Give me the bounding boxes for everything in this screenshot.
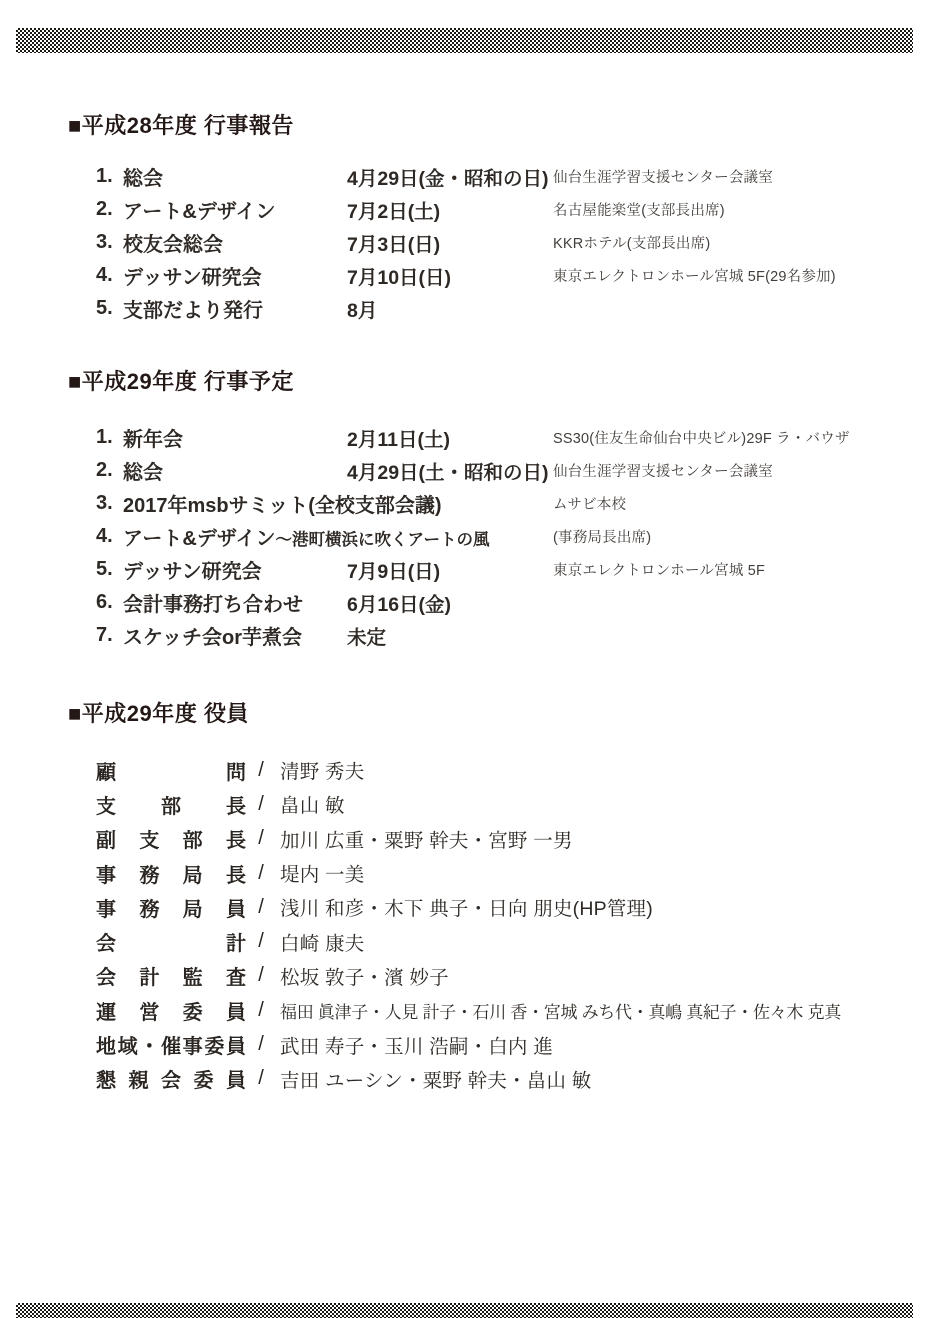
- officer-row: 懇親会委員 / 吉田 ユーシン・粟野 幹夫・畠山 敏: [96, 1062, 929, 1096]
- event-row: 3. 2017年msbサミット(全校支部会議) ムサビ本校: [96, 487, 929, 520]
- officer-row: 副支部長 / 加川 広重・粟野 幹夫・宮野 一男: [96, 822, 929, 856]
- event-number: 1.: [96, 426, 123, 449]
- event-date: 4月29日(金・昭和の日): [347, 163, 553, 191]
- officer-role: 地域・催事委員: [96, 1030, 246, 1059]
- officer-row: 会計 / 白崎 康夫: [96, 924, 929, 958]
- officer-role: 支部長: [96, 790, 246, 819]
- event-row: 2. アート&デザイン 7月2日(土) 名古屋能楽堂(支部長出席): [96, 193, 929, 226]
- event-venue: 仙台生涯学習支援センター会議室: [553, 166, 929, 187]
- officer-role: 会計監査: [96, 961, 246, 990]
- officer-names: 福田 眞津子・人見 計子・石川 香・宮城 みち代・真嶋 真紀子・佐々木 克真: [276, 998, 841, 1023]
- officer-row: 地域・催事委員 / 武田 寿子・玉川 浩嗣・白内 進: [96, 1027, 929, 1061]
- decorative-halftone-band-top: [16, 28, 913, 53]
- officer-separator: /: [246, 896, 276, 919]
- event-label: 新年会: [123, 423, 347, 452]
- event-number: 7.: [96, 624, 123, 647]
- event-label-main: アート&デザイン: [123, 528, 275, 550]
- officer-row: 顧問 / 清野 秀夫: [96, 753, 929, 787]
- page: { "page": { "background": "#ffffff", "te…: [0, 0, 929, 1318]
- officer-row: 会計監査 / 松坂 敦子・濱 妙子: [96, 959, 929, 993]
- officer-separator: /: [246, 999, 276, 1022]
- officer-names: 白崎 康夫: [276, 928, 364, 956]
- officer-row: 支部長 / 畠山 敏: [96, 787, 929, 821]
- event-label: 支部だより発行: [123, 294, 347, 323]
- event-venue: 東京エレクトロンホール宮城 5F: [553, 559, 929, 580]
- event-number: 5.: [96, 558, 123, 581]
- event-venue: (事務局長出席): [553, 526, 929, 547]
- event-number: 4.: [96, 264, 123, 287]
- officer-separator: /: [246, 1033, 276, 1056]
- event-venue: 仙台生涯学習支援センター会議室: [553, 460, 929, 481]
- event-row: 6. 会計事務打ち合わせ 6月16日(金): [96, 586, 929, 619]
- event-label: スケッチ会or芋煮会: [123, 621, 347, 650]
- event-label: 校友会総会: [123, 228, 347, 257]
- event-date: 2月11日(土): [347, 424, 553, 452]
- event-venue: 名古屋能楽堂(支部長出席): [553, 199, 929, 220]
- event-label: 総会: [123, 162, 347, 191]
- event-row: 1. 総会 4月29日(金・昭和の日) 仙台生涯学習支援センター会議室: [96, 160, 929, 193]
- officer-names: 吉田 ユーシン・粟野 幹夫・畠山 敏: [276, 1065, 591, 1093]
- officer-separator: /: [246, 759, 276, 782]
- event-date: 7月9日(日): [347, 556, 553, 584]
- event-number: 2.: [96, 198, 123, 221]
- section-title-h29-officers: ■平成29年度 役員: [68, 700, 929, 728]
- officer-separator: /: [246, 1067, 276, 1090]
- event-row: 7. スケッチ会or芋煮会 未定: [96, 619, 929, 652]
- officer-role: 懇親会委員: [96, 1064, 246, 1093]
- event-number: 2.: [96, 459, 123, 482]
- event-date: 4月29日(土・昭和の日): [347, 457, 553, 485]
- event-venue: ムサビ本校: [553, 493, 929, 514]
- officer-names: 畠山 敏: [276, 790, 345, 818]
- officer-names: 清野 秀夫: [276, 756, 364, 784]
- event-number: 1.: [96, 165, 123, 188]
- event-date: 7月10日(日): [347, 262, 553, 290]
- officer-names: 浅川 和彦・木下 典子・日向 朋史(HP管理): [276, 893, 653, 921]
- h29-event-list: 1. 新年会 2月11日(土) SS30(住友生命仙台中央ビル)29F ラ・バウ…: [96, 421, 929, 652]
- officer-role: 副支部長: [96, 824, 246, 853]
- officer-separator: /: [246, 793, 276, 816]
- event-number: 5.: [96, 297, 123, 320]
- event-venue: 東京エレクトロンホール宮城 5F(29名参加): [553, 265, 929, 286]
- event-number: 3.: [96, 492, 123, 515]
- section-title-h29-event-plan: ■平成29年度 行事予定: [68, 368, 929, 396]
- officer-row: 事務局員 / 浅川 和彦・木下 典子・日向 朋史(HP管理): [96, 890, 929, 924]
- event-venue: SS30(住友生命仙台中央ビル)29F ラ・バウザ: [553, 427, 929, 448]
- officer-row: 事務局長 / 堤内 一美: [96, 856, 929, 890]
- event-venue: KKRホテル(支部長出席): [553, 232, 929, 253]
- h28-event-list: 1. 総会 4月29日(金・昭和の日) 仙台生涯学習支援センター会議室 2. ア…: [96, 160, 929, 325]
- officer-row: 運営委員 / 福田 眞津子・人見 計子・石川 香・宮城 みち代・真嶋 真紀子・佐…: [96, 993, 929, 1027]
- event-date: 7月3日(日): [347, 229, 553, 257]
- event-row: 5. 支部だより発行 8月: [96, 292, 929, 325]
- event-row: 1. 新年会 2月11日(土) SS30(住友生命仙台中央ビル)29F ラ・バウ…: [96, 421, 929, 454]
- officer-role: 会計: [96, 927, 246, 956]
- event-label: 会計事務打ち合わせ: [123, 588, 347, 617]
- h29-officer-list: 顧問 / 清野 秀夫 支部長 / 畠山 敏 副支部長 / 加川 広重・粟野 幹夫…: [96, 753, 929, 1096]
- event-row: 5. デッサン研究会 7月9日(日) 東京エレクトロンホール宮城 5F: [96, 553, 929, 586]
- event-label: 総会: [123, 456, 347, 485]
- event-label: アート&デザイン〜港町横浜に吹くアートの風: [123, 522, 553, 551]
- officer-names: 武田 寿子・玉川 浩嗣・白内 進: [276, 1031, 553, 1059]
- event-date: 6月16日(金): [347, 589, 553, 617]
- event-row: 4. アート&デザイン〜港町横浜に吹くアートの風 (事務局長出席): [96, 520, 929, 553]
- officer-separator: /: [246, 862, 276, 885]
- event-label: デッサン研究会: [123, 261, 347, 290]
- event-row: 3. 校友会総会 7月3日(日) KKRホテル(支部長出席): [96, 226, 929, 259]
- officer-names: 加川 広重・粟野 幹夫・宮野 一男: [276, 825, 573, 853]
- event-date: 8月: [347, 295, 553, 323]
- event-date: 未定: [347, 622, 553, 650]
- officer-role: 事務局長: [96, 859, 246, 888]
- officer-role: 顧問: [96, 756, 246, 785]
- event-row: 4. デッサン研究会 7月10日(日) 東京エレクトロンホール宮城 5F(29名…: [96, 259, 929, 292]
- event-label: アート&デザイン: [123, 195, 347, 224]
- event-row: 2. 総会 4月29日(土・昭和の日) 仙台生涯学習支援センター会議室: [96, 454, 929, 487]
- event-number: 4.: [96, 525, 123, 548]
- decorative-halftone-band-bottom: [16, 1303, 913, 1318]
- officer-role: 事務局員: [96, 893, 246, 922]
- officer-role: 運営委員: [96, 996, 246, 1025]
- event-date: 7月2日(土): [347, 196, 553, 224]
- event-number: 3.: [96, 231, 123, 254]
- event-label: デッサン研究会: [123, 555, 347, 584]
- officer-separator: /: [246, 930, 276, 953]
- officer-separator: /: [246, 827, 276, 850]
- event-number: 6.: [96, 591, 123, 614]
- officer-separator: /: [246, 964, 276, 987]
- event-label: 2017年msbサミット(全校支部会議): [123, 489, 553, 518]
- officer-names: 堤内 一美: [276, 859, 364, 887]
- event-label-subtitle: 〜港町横浜に吹くアートの風: [275, 531, 489, 549]
- officer-names: 松坂 敦子・濱 妙子: [276, 962, 449, 990]
- section-title-h28-event-report: ■平成28年度 行事報告: [68, 112, 929, 140]
